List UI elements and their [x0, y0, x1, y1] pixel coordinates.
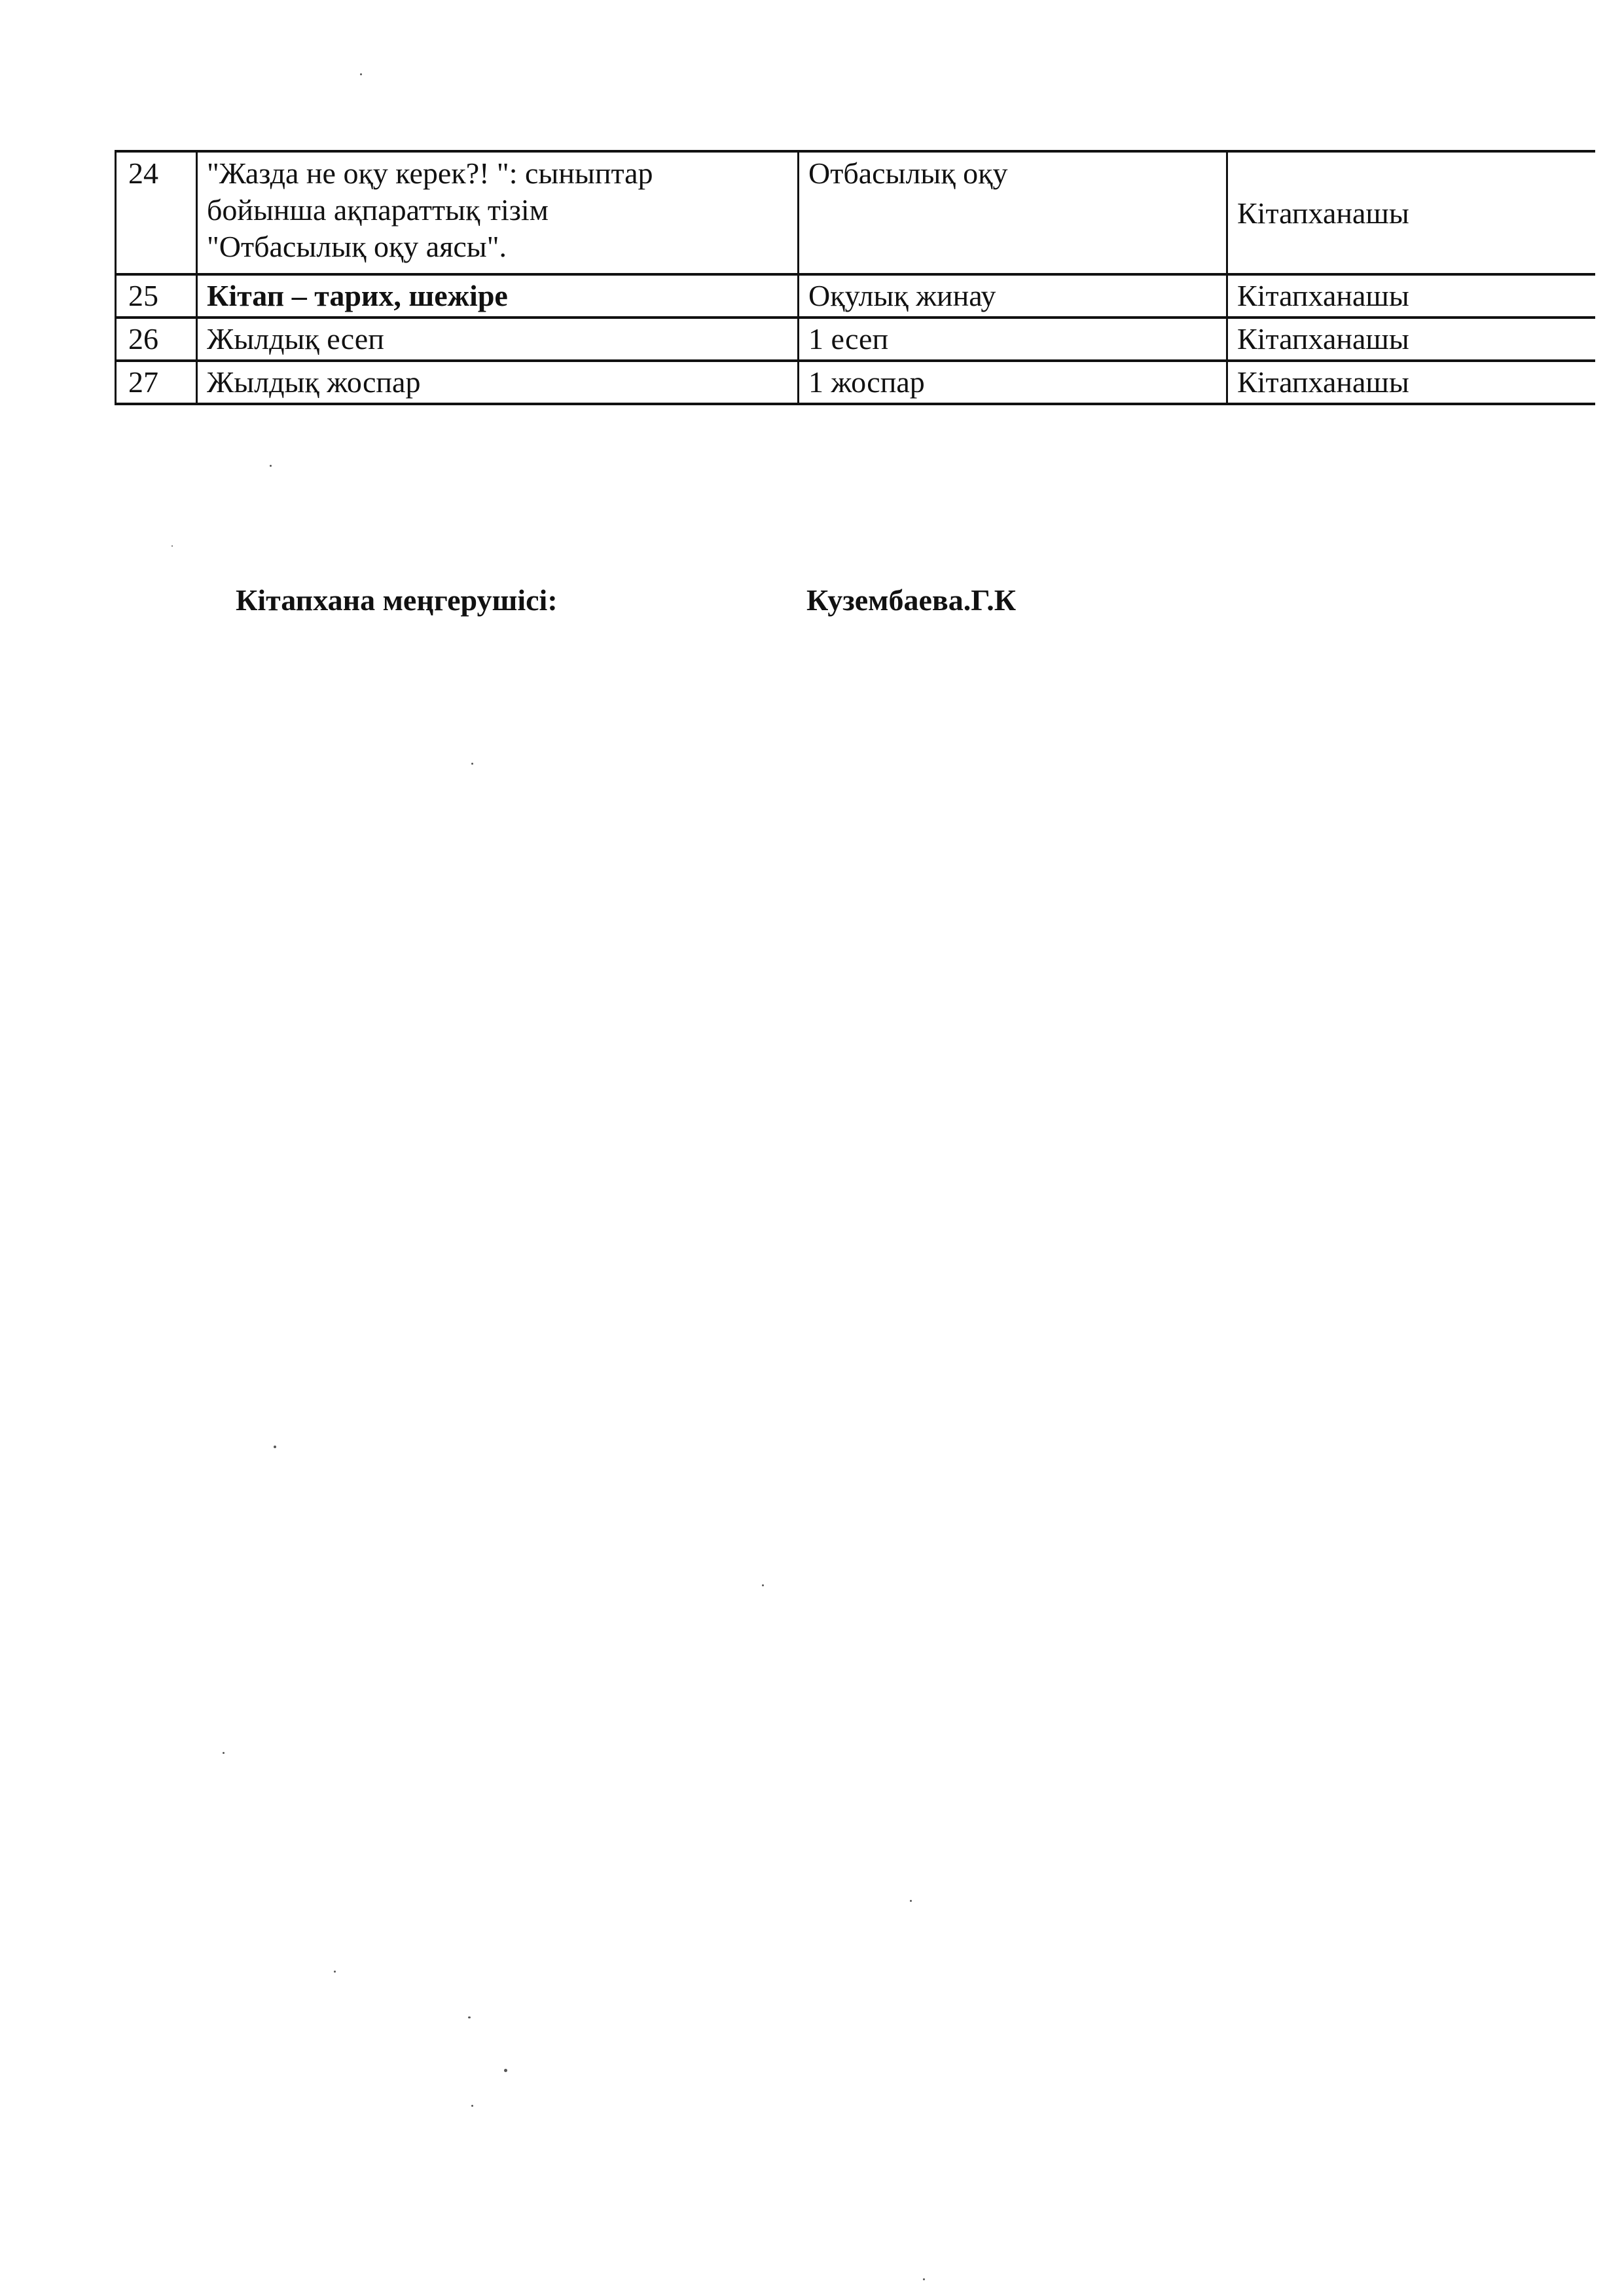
scan-speck [504, 2069, 507, 2072]
row-responsible: Кітапханашы [1227, 318, 1596, 361]
row-number: 26 [116, 318, 197, 361]
signature-name: Кузембаева.Г.К [806, 583, 1016, 617]
scan-speck [471, 763, 473, 765]
row-responsible: Кітапханашы [1227, 361, 1596, 404]
row-title-line: бойынша ақпараттық тізім [207, 192, 788, 228]
row-title: Кітап – тарих, шежіре [197, 274, 799, 318]
row-title-line: "Жазда не оқу керек?! ": сыныптар [207, 155, 788, 192]
scan-speck [360, 73, 362, 75]
scan-speck [223, 1752, 225, 1754]
row-title: Жылдық жоспар [197, 361, 799, 404]
row-responsible: Кітапханашы [1227, 151, 1596, 274]
table-row: 24 "Жазда не оқу керек?! ": сыныптар бой… [116, 151, 1596, 274]
row-number: 25 [116, 274, 197, 318]
scan-speck [910, 1900, 912, 1902]
row-form: Отбасылық оқу [799, 151, 1227, 274]
row-responsible: Кітапханашы [1227, 274, 1596, 318]
scan-speck [762, 1584, 764, 1586]
signature-label: Кітапхана меңгерушісі: [236, 583, 558, 617]
table-row: 27 Жылдық жоспар 1 жоспар Кітапханашы [116, 361, 1596, 404]
table-row: 26 Жылдық есеп 1 есеп Кітапханашы [116, 318, 1596, 361]
plan-table: 24 "Жазда не оқу керек?! ": сыныптар бой… [115, 150, 1595, 405]
scan-speck [270, 465, 272, 467]
table-row: 25 Кітап – тарих, шежіре Оқулық жинау Кі… [116, 274, 1596, 318]
scan-speck [274, 1446, 276, 1448]
scan-speck [471, 2105, 473, 2107]
row-number: 24 [116, 151, 197, 274]
row-title: Жылдық есеп [197, 318, 799, 361]
row-title-line: "Отбасылық оқу аясы". [207, 228, 788, 265]
scan-speck [468, 2016, 471, 2018]
row-title: "Жазда не оқу керек?! ": сыныптар бойынш… [197, 151, 799, 274]
scan-speck [334, 1971, 336, 1973]
scan-speck [923, 2278, 925, 2280]
row-form: 1 есеп [799, 318, 1227, 361]
row-number: 27 [116, 361, 197, 404]
document-page: 24 "Жазда не оқу керек?! ": сыныптар бой… [0, 0, 1624, 2296]
scan-speck [171, 545, 173, 547]
row-form: Оқулық жинау [799, 274, 1227, 318]
row-form: 1 жоспар [799, 361, 1227, 404]
